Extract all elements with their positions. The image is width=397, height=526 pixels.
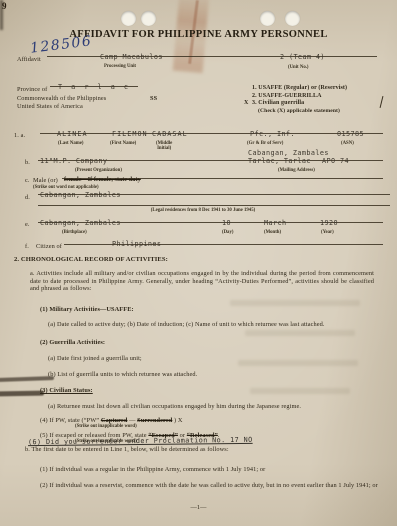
affidavit-rule (47, 56, 377, 57)
birthplace-caption: (Birthplace) (62, 230, 87, 235)
day-caption: (Day) (222, 230, 233, 235)
province-rule (50, 86, 138, 87)
ink-smudge (0, 376, 54, 381)
birth-day-value: 10 (222, 220, 231, 228)
birthplace-value: Cabangan, Zambales (40, 220, 121, 228)
classification-option-1: 1. USAFFE (Regular) or (Reservist) (252, 85, 347, 93)
citizenship-value: Philippines (112, 241, 161, 249)
pw-status-prefix: (4) If PW, state (“PW” (40, 417, 99, 424)
asn-caption: (ASN) (341, 141, 354, 146)
line-1a-rule (40, 133, 383, 134)
sex-text: Male (or) (33, 177, 58, 185)
section-2-heading: 2. CHRONOLOGICAL RECORD OF ACTIVITIES: (14, 256, 168, 264)
first-name-caption: (First Name) (110, 141, 136, 146)
strike-note-1c: (Strike out word not applicable) (33, 185, 99, 190)
bleed-through (230, 300, 360, 306)
classification-option-2: 2. USAFFE-GUERRILLA (252, 93, 322, 101)
strike-note-item4: (Strike out inapplicable word) (75, 424, 137, 429)
punch-hole (121, 11, 136, 26)
month-caption: (Month) (264, 230, 281, 235)
section-2-paragraph-a: a. Activities include all military and/o… (30, 270, 374, 293)
birth-month-value: March (264, 220, 286, 228)
line-1d-rule2 (38, 205, 390, 206)
legal-residence-caption: (Legal residences from 8 Dec 1941 to 30 … (98, 208, 308, 213)
classification-option-3: 3. Civilian guerrilla (252, 100, 304, 108)
pw-dash: — (127, 417, 137, 424)
guerrilla-activities-heading: (2) Guerrilla Activities: (40, 339, 105, 347)
line-1f-number: f. (25, 243, 29, 251)
mailing-address-line2: Tarlac, Tarlac (248, 158, 311, 166)
bleed-through (245, 330, 355, 336)
punch-hole (141, 11, 156, 26)
classification-check-mark: X (244, 100, 248, 108)
province-label: Province of (17, 86, 47, 94)
line-1e-number: e. (25, 221, 30, 229)
last-name-value: ALINEA (57, 131, 88, 139)
mailing-address-caption: (Mailing Address) (278, 168, 315, 173)
organization-value: 11"M.P. Company (40, 158, 107, 166)
unit-no-value: 2 (Team 4) (280, 54, 325, 62)
line-1f-rule (64, 244, 383, 245)
line-1d-number: d. (25, 194, 30, 202)
affidavit-label: Affidavit (17, 56, 41, 64)
page-number: —1— (0, 504, 397, 512)
grade-caption: (Gr & Br of Serv) (247, 141, 283, 146)
ink-smudge (0, 391, 44, 396)
usa-line: United States of America (17, 103, 83, 111)
middle-initial-caption: (Middle Initial) (156, 141, 172, 152)
ss-mark: SS (150, 95, 157, 103)
civilian-status-heading: (3) Civilian Status: (40, 387, 93, 395)
commonwealth-line: Commonwealth of the Philippines (17, 95, 106, 103)
margin-tick (380, 96, 384, 108)
first-name-value: FILEMON (112, 131, 148, 139)
citizen-of-label: Citizen of (36, 243, 62, 251)
civilian-status-item-a: (a) Returnee must list down all civilian… (48, 403, 383, 411)
line-1c-number: c. (25, 177, 30, 185)
middle-name-value: CABASAL (152, 131, 188, 139)
paragraph-b-item-2: (2) If individual was a reservist, comme… (40, 482, 382, 490)
asn-value: 015785 (337, 131, 364, 139)
classification-instruction: (Check (X) applicable statement) (258, 108, 340, 116)
line-1d-rule1 (38, 194, 390, 195)
guerrilla-activities-item-b: (b) List of guerrilla units to which ret… (48, 371, 197, 379)
military-activities-item-a: (a) Date called to active duty; (b) Date… (48, 321, 383, 329)
guerrilla-activities-item-a: (a) Date first joined a guerrilla unit; (48, 355, 142, 363)
corner-mark: 9 (2, 1, 7, 11)
processing-unit-value: Camp Macabulos (100, 54, 163, 62)
pw-captured-struck: Captured (101, 417, 128, 424)
birth-year-value: 1920 (320, 220, 338, 228)
line-1a-number: 1. a. (14, 132, 25, 140)
bleed-through (250, 388, 350, 394)
apo-value: APO 74 (322, 158, 349, 166)
last-name-caption: (Last Name) (58, 141, 83, 146)
pw-status-suffix: ) X (174, 417, 183, 424)
line-1c-rule (62, 178, 383, 179)
military-activities-heading: (1) Military Activities—USAFFE: (40, 306, 134, 314)
pw-surrendered-struck: Surrendered (137, 417, 172, 424)
year-caption: (Year) (321, 230, 334, 235)
processing-unit-caption: Processing Unit (104, 64, 136, 69)
grade-value: Pfc., Inf. (250, 131, 295, 139)
unit-no-caption: (Unit No.) (288, 65, 309, 70)
section-2-paragraph-b: b. The first date to be entered in Line … (25, 446, 229, 454)
punch-hole (260, 11, 275, 26)
punch-hole (285, 11, 300, 26)
line-1b-number: b. (25, 159, 30, 167)
organization-caption: (Present Organization) (75, 168, 122, 173)
bleed-through (238, 360, 358, 366)
paragraph-b-item-1: (1) If individual was a regular in the P… (40, 466, 265, 474)
affidavit-document: 9 AFFIDAVIT FOR PHILIPPINE ARMY PERSONNE… (0, 0, 397, 526)
